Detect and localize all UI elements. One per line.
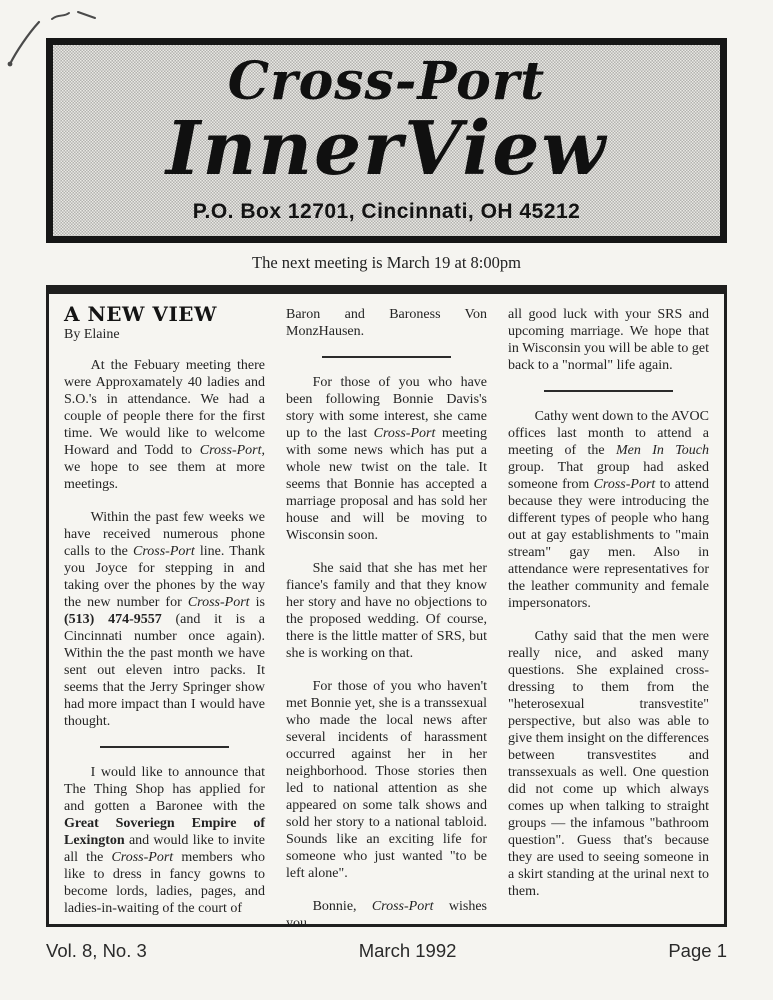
article-paragraph: For those of you who have been following…: [286, 374, 487, 544]
article-column-1-blocks: At the Febuary meeting there were Approx…: [64, 357, 265, 917]
section-divider: [100, 746, 229, 748]
article-column-3-blocks: all good luck with your SRS and upcoming…: [508, 306, 709, 900]
article-paragraph: For those of you who haven't met Bonnie …: [286, 678, 487, 882]
masthead-address: P.O. Box 12701, Cincinnati, OH 45212: [53, 200, 720, 224]
article-title: A NEW VIEW: [64, 306, 265, 323]
meeting-notice: The next meeting is March 19 at 8:00pm: [0, 253, 773, 273]
article-paragraph: Cathy said that the men were really nice…: [508, 628, 709, 900]
article-column-2: Baron and Baroness Von MonzHausen.For th…: [286, 306, 487, 918]
newsletter-title-line2: InnerView: [53, 112, 720, 186]
article-column-2-blocks: Baron and Baroness Von MonzHausen.For th…: [286, 306, 487, 927]
section-divider: [544, 390, 673, 392]
article-paragraph: Within the past few weeks we have receiv…: [64, 509, 265, 730]
pen-scribble-mark: [2, 2, 122, 72]
footer-page: Page 1: [668, 940, 727, 962]
article-paragraph: Baron and Baroness Von MonzHausen.: [286, 306, 487, 340]
article-paragraph: all good luck with your SRS and upcoming…: [508, 306, 709, 374]
section-divider: [322, 356, 451, 358]
article-paragraph: Bonnie, Cross-Port wishes you: [286, 898, 487, 927]
masthead-halftone-panel: Cross-Port InnerView P.O. Box 12701, Cin…: [53, 45, 720, 236]
newsletter-title-line1: Cross-Port: [53, 55, 720, 110]
article-paragraph: She said that she has met her fiance's f…: [286, 560, 487, 662]
article-paragraph: At the Febuary meeting there were Approx…: [64, 357, 265, 493]
page-footer: Vol. 8, No. 3 March 1992 Page 1: [46, 940, 727, 962]
footer-volume: Vol. 8, No. 3: [46, 940, 147, 962]
article-column-3: all good luck with your SRS and upcoming…: [508, 306, 709, 918]
article-byline: By Elaine: [64, 326, 265, 343]
newsletter-page: { "colors": { "ink": "#1d1d1d", "paper":…: [0, 0, 773, 1000]
masthead: Cross-Port InnerView P.O. Box 12701, Cin…: [46, 38, 727, 243]
footer-date: March 1992: [359, 940, 457, 962]
article-box: A NEW VIEW By Elaine At the Febuary meet…: [46, 285, 727, 927]
article-paragraph: Cathy went down to the AVOC offices last…: [508, 408, 709, 612]
article-paragraph: I would like to announce that The Thing …: [64, 764, 265, 917]
article-column-1: A NEW VIEW By Elaine At the Febuary meet…: [64, 306, 265, 918]
